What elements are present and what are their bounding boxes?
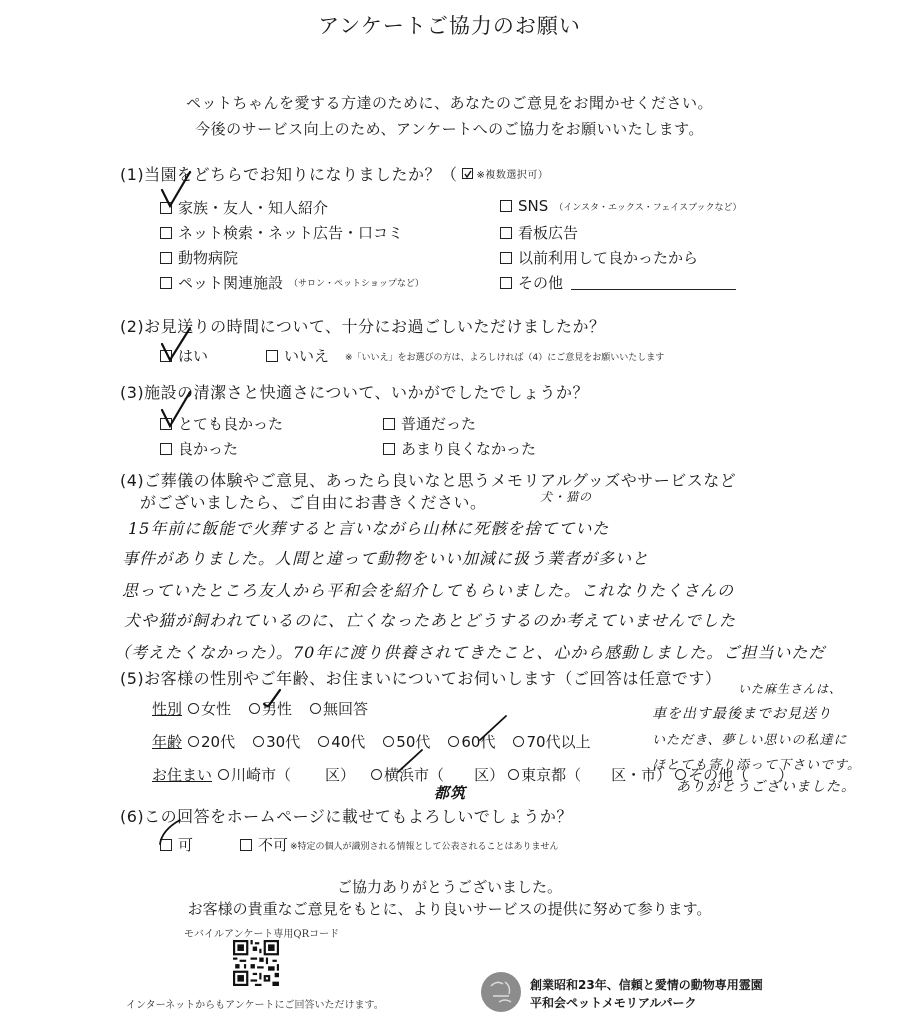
- q5-age-row: 年齢 20代 30代 40代 50代 60代 70代以上: [152, 731, 609, 752]
- option-label: ネット検索・ネット広告・口コミ: [178, 222, 403, 243]
- q5-gender-row: 性別 女性 男性 無回答: [152, 698, 386, 719]
- handwritten-right-1: いた麻生さんは、: [738, 680, 842, 697]
- option-label: SNS: [518, 197, 548, 215]
- radio[interactable]: [318, 736, 329, 747]
- checkbox[interactable]: [160, 227, 172, 239]
- age-option-40s[interactable]: 40代: [318, 731, 365, 752]
- option-label: 家族・友人・知人紹介: [178, 197, 328, 218]
- age-option-70s-plus[interactable]: 70代以上: [513, 731, 590, 752]
- radio[interactable]: [383, 736, 394, 747]
- q1-multi-note: ※複数選択可）: [477, 166, 549, 181]
- radio[interactable]: [675, 769, 686, 780]
- q2-option-yes[interactable]: はい: [160, 345, 208, 366]
- q1-option-family[interactable]: 家族・友人・知人紹介: [160, 197, 328, 218]
- q5-question: (5)お客様の性別やご年齢、お住まいについてお伺いします（ご回答は任意です）: [120, 666, 721, 689]
- checkbox[interactable]: [160, 839, 172, 851]
- q6-note: ※特定の個人が識別される情報として公表されることはありません: [290, 839, 559, 852]
- option-note: （インスタ・エックス・フェイスブックなど）: [554, 200, 741, 213]
- radio[interactable]: [188, 703, 199, 714]
- q1-question: (1)当園をどちらでお知りになりましたか？（ ※複数選択可）: [120, 162, 548, 185]
- radio[interactable]: [218, 769, 229, 780]
- option-label: 東京都（: [521, 764, 581, 785]
- q1-option-vet[interactable]: 動物病院: [160, 247, 238, 268]
- q3-option-not-good[interactable]: あまり良くなかった: [383, 438, 536, 459]
- gender-option-female[interactable]: 女性: [188, 698, 231, 719]
- age-option-60s[interactable]: 60代: [448, 731, 495, 752]
- q6-option-allow[interactable]: 可: [160, 834, 193, 855]
- q3-question: (3)施設の清潔さと快適さについて、いかがでしたでしょうか？: [120, 380, 589, 403]
- option-suffix: 区）: [325, 764, 355, 785]
- q1-option-sns[interactable]: SNS （インスタ・エックス・フェイスブックなど）: [500, 197, 742, 215]
- q2-option-no[interactable]: いいえ: [266, 345, 329, 366]
- q1-option-signboard[interactable]: 看板広告: [500, 222, 578, 243]
- option-label: 30代: [266, 731, 300, 752]
- q1-option-previous[interactable]: 以前利用して良かったから: [500, 247, 698, 268]
- radio[interactable]: [253, 736, 264, 747]
- qr-caption: インターネットからもアンケートにご回答いただけます。: [126, 996, 384, 1011]
- q1-option-net[interactable]: ネット検索・ネット広告・口コミ: [160, 222, 403, 243]
- handwritten-right-3: いただき、夢しい思いの私達に: [652, 729, 847, 748]
- checkbox[interactable]: [500, 277, 512, 289]
- gender-label: 性別: [152, 698, 182, 719]
- residence-label: お住まい: [152, 764, 212, 785]
- age-option-50s[interactable]: 50代: [383, 731, 430, 752]
- handwritten-ward: 都筑: [434, 782, 466, 803]
- q2-question: (2)お見送りの時間について、十分にお過ごしいただけましたか？: [120, 314, 606, 337]
- age-option-30s[interactable]: 30代: [253, 731, 300, 752]
- option-label: 動物病院: [178, 247, 238, 268]
- q1-question-text: (1)当園をどちらでお知りになりましたか？（: [120, 162, 458, 185]
- checkbox[interactable]: [160, 252, 172, 264]
- other-text-field[interactable]: [571, 276, 736, 290]
- checkbox[interactable]: [500, 252, 512, 264]
- handwritten-line-1: 15年前に飯能で火葬すると言いながら山林に死骸を捨てていた: [128, 516, 609, 539]
- q3-option-very-good[interactable]: とても良かった: [160, 413, 283, 434]
- q3-option-good[interactable]: 良かった: [160, 438, 238, 459]
- option-label: 70代以上: [526, 731, 590, 752]
- intro-line-1: ペットちゃんを愛する方達のために、あなたのご意見をお聞かせください。: [0, 92, 899, 113]
- option-label: 無回答: [323, 698, 368, 719]
- option-label: その他: [518, 272, 563, 293]
- checkbox[interactable]: [383, 418, 395, 430]
- q4-question-line-2: がございましたら、ご自由にお書きください。: [140, 490, 487, 513]
- q6-question: (6)この回答をホームページに載せてもよろしいでしょうか？: [120, 804, 573, 827]
- handwritten-right-2: 車を出す最後までお見送り: [652, 703, 832, 723]
- option-label: 60代: [461, 731, 495, 752]
- radio[interactable]: [310, 703, 321, 714]
- option-label: 40代: [331, 731, 365, 752]
- pet-logo-icon: [481, 972, 521, 1012]
- handwritten-line-3: 思っていたところ友人から平和会を紹介してもらいました。これなりたくさんの: [122, 578, 734, 601]
- checkbox[interactable]: [383, 443, 395, 455]
- checkbox[interactable]: [160, 277, 172, 289]
- option-label: 看板広告: [518, 222, 578, 243]
- checkbox[interactable]: [500, 227, 512, 239]
- q3-option-normal[interactable]: 普通だった: [383, 413, 476, 434]
- org-name: 平和会ペットメモリアルパーク: [530, 994, 697, 1011]
- org-tagline: 創業昭和23年、信頼と愛情の動物専用霊園: [530, 976, 763, 993]
- radio[interactable]: [448, 736, 459, 747]
- handwritten-line-5: （考えたくなかった）。70年に渡り供養されてきたこと、心から感動しました。ご担当…: [114, 640, 825, 663]
- option-label: 可: [178, 834, 193, 855]
- footer-message: お客様の貴重なご意見をもとに、より良いサービスの提供に努めて参ります。: [0, 898, 899, 919]
- option-label: はい: [178, 345, 208, 366]
- checkbox[interactable]: [240, 839, 252, 851]
- option-label: 普通だった: [401, 413, 476, 434]
- checkbox[interactable]: [500, 200, 512, 212]
- option-label: 以前利用して良かったから: [518, 247, 698, 268]
- checkbox[interactable]: [160, 418, 172, 430]
- option-label: 男性: [262, 698, 292, 719]
- residence-option-kawasaki[interactable]: 川崎市（区）: [218, 764, 355, 785]
- gender-option-male[interactable]: 男性: [249, 698, 292, 719]
- q5-residence-row: お住まい 川崎市（区） 横浜市（区） 東京都（区・市） その他（）: [152, 764, 811, 785]
- radio[interactable]: [508, 769, 519, 780]
- option-label: 川崎市（: [231, 764, 291, 785]
- checkbox[interactable]: [266, 350, 278, 362]
- handwritten-insert: 犬・猫の: [540, 488, 592, 505]
- organization-logo: [481, 972, 521, 1012]
- age-option-20s[interactable]: 20代: [188, 731, 235, 752]
- option-suffix: 区）: [474, 764, 504, 785]
- handwritten-line-2: 事件がありました。人間と違って動物をいい加減に扱う業者が多いと: [122, 546, 649, 569]
- qr-label: モバイルアンケート専用QRコード: [184, 925, 339, 940]
- residence-option-tokyo[interactable]: 東京都（区・市）: [508, 764, 671, 785]
- radio[interactable]: [249, 703, 260, 714]
- q1-option-other[interactable]: その他: [500, 272, 736, 293]
- option-label: 女性: [201, 698, 231, 719]
- gender-option-no-answer[interactable]: 無回答: [310, 698, 368, 719]
- handwritten-line-4: 犬や猫が飼われているのに、亡くなったあとどうするのか考えていませんでした: [124, 608, 736, 631]
- option-label: 20代: [201, 731, 235, 752]
- checkbox[interactable]: [160, 443, 172, 455]
- option-note: （サロン・ペットショップなど）: [289, 276, 424, 289]
- age-label: 年齢: [152, 731, 182, 752]
- footer-thanks: ご協力ありがとうございました。: [0, 876, 899, 897]
- residence-option-other[interactable]: その他（）: [675, 764, 793, 785]
- checkbox[interactable]: [160, 202, 172, 214]
- option-label: その他（: [688, 764, 748, 785]
- radio[interactable]: [188, 736, 199, 747]
- q4-question-line-1: (4)ご葬儀の体験やご意見、あったら良いなと思うメモリアルグッズやサービスなど: [120, 468, 736, 491]
- radio[interactable]: [513, 736, 524, 747]
- option-label: 不可: [258, 834, 288, 855]
- survey-title: アンケートご協力のお願い: [0, 10, 899, 40]
- option-label: 良かった: [178, 438, 238, 459]
- checkbox[interactable]: [160, 350, 172, 362]
- option-label: とても良かった: [178, 413, 283, 434]
- option-label: あまり良くなかった: [401, 438, 536, 459]
- checkbox-legend-icon: [462, 168, 473, 179]
- option-suffix: ）: [778, 764, 793, 785]
- option-suffix: 区・市）: [611, 764, 671, 785]
- option-label: いいえ: [284, 345, 329, 366]
- q6-option-disallow[interactable]: 不可: [240, 834, 288, 855]
- intro-line-2: 今後のサービス向上のため、アンケートへのご協力をお願いいたします。: [0, 118, 899, 139]
- radio[interactable]: [371, 769, 382, 780]
- q1-option-pet-facility[interactable]: ペット関連施設 （サロン・ペットショップなど）: [160, 272, 424, 293]
- qr-code[interactable]: [233, 940, 279, 986]
- option-label: ペット関連施設: [178, 272, 283, 293]
- option-label: 50代: [396, 731, 430, 752]
- q2-note: ※「いいえ」をお選びの方は、よろしければ（4）にご意見をお願いいたします: [345, 350, 664, 363]
